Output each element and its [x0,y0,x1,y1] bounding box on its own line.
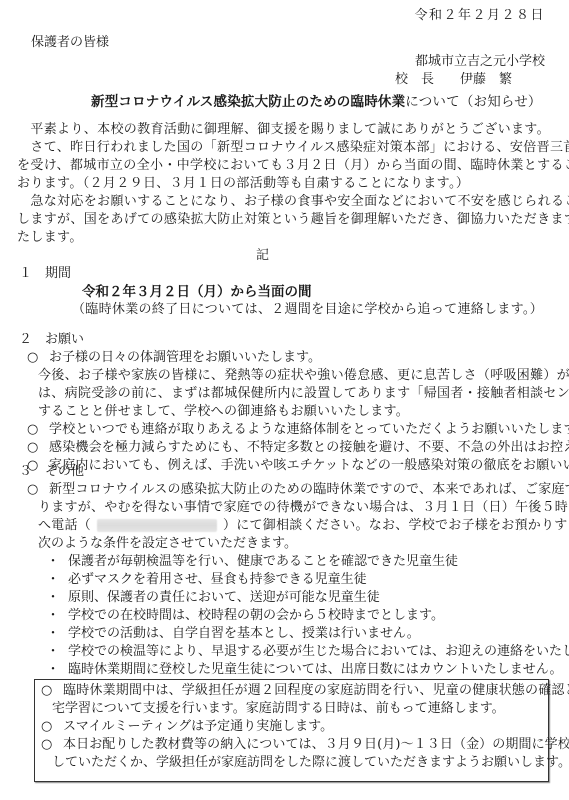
bullet-icon: ・ [38,571,68,589]
intro-line: しますが、国をあげての感染拡大防止対策という趣旨を御理解いただき、御協力いただき… [17,211,542,229]
request-item: ○学校といつでも連絡が取りあえるような連絡体制をとっていただくようお願いいたしま… [27,421,569,439]
intro-line: さて、昨日行われました国の「新型コロナウイルス感染症対策本部」における、安倍晋三… [17,139,542,157]
condition-item: ・学校での検温等により、早退する必要が生じた場合においては、お迎えの連絡をいたし… [38,643,569,661]
circle-mark-icon: ○ [27,421,49,439]
document-title: 新型コロナウイルス感染拡大防止のための臨時休業について（お知らせ） [91,93,542,111]
circle-mark-icon: ○ [27,439,49,457]
intro-line: 平素より、本校の教育活動に御理解、御支援を賜りまして誠にありがとうございます。 [17,121,542,139]
period-note: （臨時休業の終了日については、２週間を目途に学校から追って連絡します。） [72,301,543,319]
request-item: ○家庭内においても、例えば、手洗いや咳エチケットなどの一般感染対策の徹底をお願い… [27,457,569,475]
other-item-line: りますが、やむを得ない事情で家庭での待機ができない場合は、３月１日（日）午後５時… [38,499,569,517]
section3-heading: ３ その他 [19,463,84,481]
circle-mark-icon: ○ [27,481,49,499]
request-detail-line: することと併せまして、学校への御連絡もお願いいたします。 [38,403,409,421]
condition-item: ・学校での活動は、自学自習を基本とし、授業は行いません。 [38,625,420,643]
bullet-icon: ・ [38,607,68,625]
title-bold: 新型コロナウイルス感染拡大防止のための臨時休業 [91,94,405,110]
intro-line: たします。 [17,229,542,247]
bullet-icon: ・ [38,553,68,571]
condition-item: ・臨時休業期間に登校した児童生徒については、出席日数にはカウントいたしません。 [38,661,563,679]
bullet-icon: ・ [38,661,68,679]
bullet-icon: ・ [38,589,68,607]
notice-item: ○本日お配りした教材費等の納入については、３月９日(月)～１３日（金）の期間に学… [41,736,569,754]
section1-heading: １ 期間 [19,265,71,283]
other-item: ○新型コロナウイルスの感染拡大防止のための臨時休業ですので、本来であれば、ご家庭… [27,481,569,499]
notice-item-line: 宅学習について支援を行います。家庭訪問する日時は、前もって連絡します。 [52,700,505,718]
title-suffix: について（お知らせ） [405,94,541,110]
notice-item: ○スマイルミーティングは予定通り実施します。 [41,718,333,736]
circle-mark-icon: ○ [41,736,63,754]
other-item-line: へ電話（）にて御相談ください。なお、学校でお子様をお預かりする場合は、 [38,517,569,535]
section2-heading: ２ お願い [19,331,84,349]
bullet-icon: ・ [38,625,68,643]
circle-mark-icon: ○ [27,349,49,367]
redacted-phone-number [97,519,217,532]
circle-mark-icon: ○ [41,718,63,736]
period-value: 令和２年３月２日（月）から当面の間 [82,283,312,301]
other-item-line: 次のような条件を設定させていただきます。 [38,535,297,553]
condition-item: ・原則、保護者の責任において、送迎が可能な児童生徒 [38,589,380,607]
notice-box: ○臨時休業期間中は、学級担任が週２回程度の家庭訪問を行い、児童の健康状態の確認と… [34,679,549,782]
intro-line: おります。（２月２９日、３月１日の部活動等も自粛することになります。） [17,175,542,193]
intro-line: を受け、都城市立の全小・中学校においても３月２日（月）から当面の間、臨時休業とす… [17,157,542,175]
school-name: 都城市立吉之元小学校 [415,53,545,71]
request-item: ○お子様の日々の体調管理をお願いいたします。 [27,349,321,367]
condition-item: ・必ずマスクを着用させ、昼食も持参できる児童生徒 [38,571,367,589]
circle-mark-icon: ○ [41,682,63,700]
ki-heading: 記 [256,247,269,265]
principal-name: 校 長 伊藤 繁 [395,71,512,89]
bullet-icon: ・ [38,643,68,661]
request-detail-line: 今後、お子様や家族の皆様に、発熱等の症状や強い倦怠感、更に息苦しさ（呼吸困難）が… [38,367,569,385]
notice-item: ○臨時休業期間中は、学級担任が週２回程度の家庭訪問を行い、児童の健康状態の確認と… [41,682,569,700]
intro-line: 急な対応をお願いすることになり、お子様の食事や安全面などにおいて不安を感じられる… [17,193,542,211]
condition-item: ・学校での在校時間は、校時程の朝の会から５校時までとします。 [38,607,444,625]
condition-item: ・保護者が毎朝検温等を行い、健康であることを確認できた児童生徒 [38,553,458,571]
request-detail-line: は、病院受診の前に、まずは都城保健所内に設置してあります「帰国者・接触者相談セン… [38,385,569,403]
date: 令和２年２月２８日 [414,7,545,25]
request-item: ○感染機会を極力減らすためにも、不特定多数との接触を避け、不要、不急の外出はお控… [27,439,569,457]
addressee: 保護者の皆様 [31,34,109,52]
notice-item-line: していただくか、学級担任が家庭訪問をした際に渡していただきますようお願いします。 [52,754,569,772]
